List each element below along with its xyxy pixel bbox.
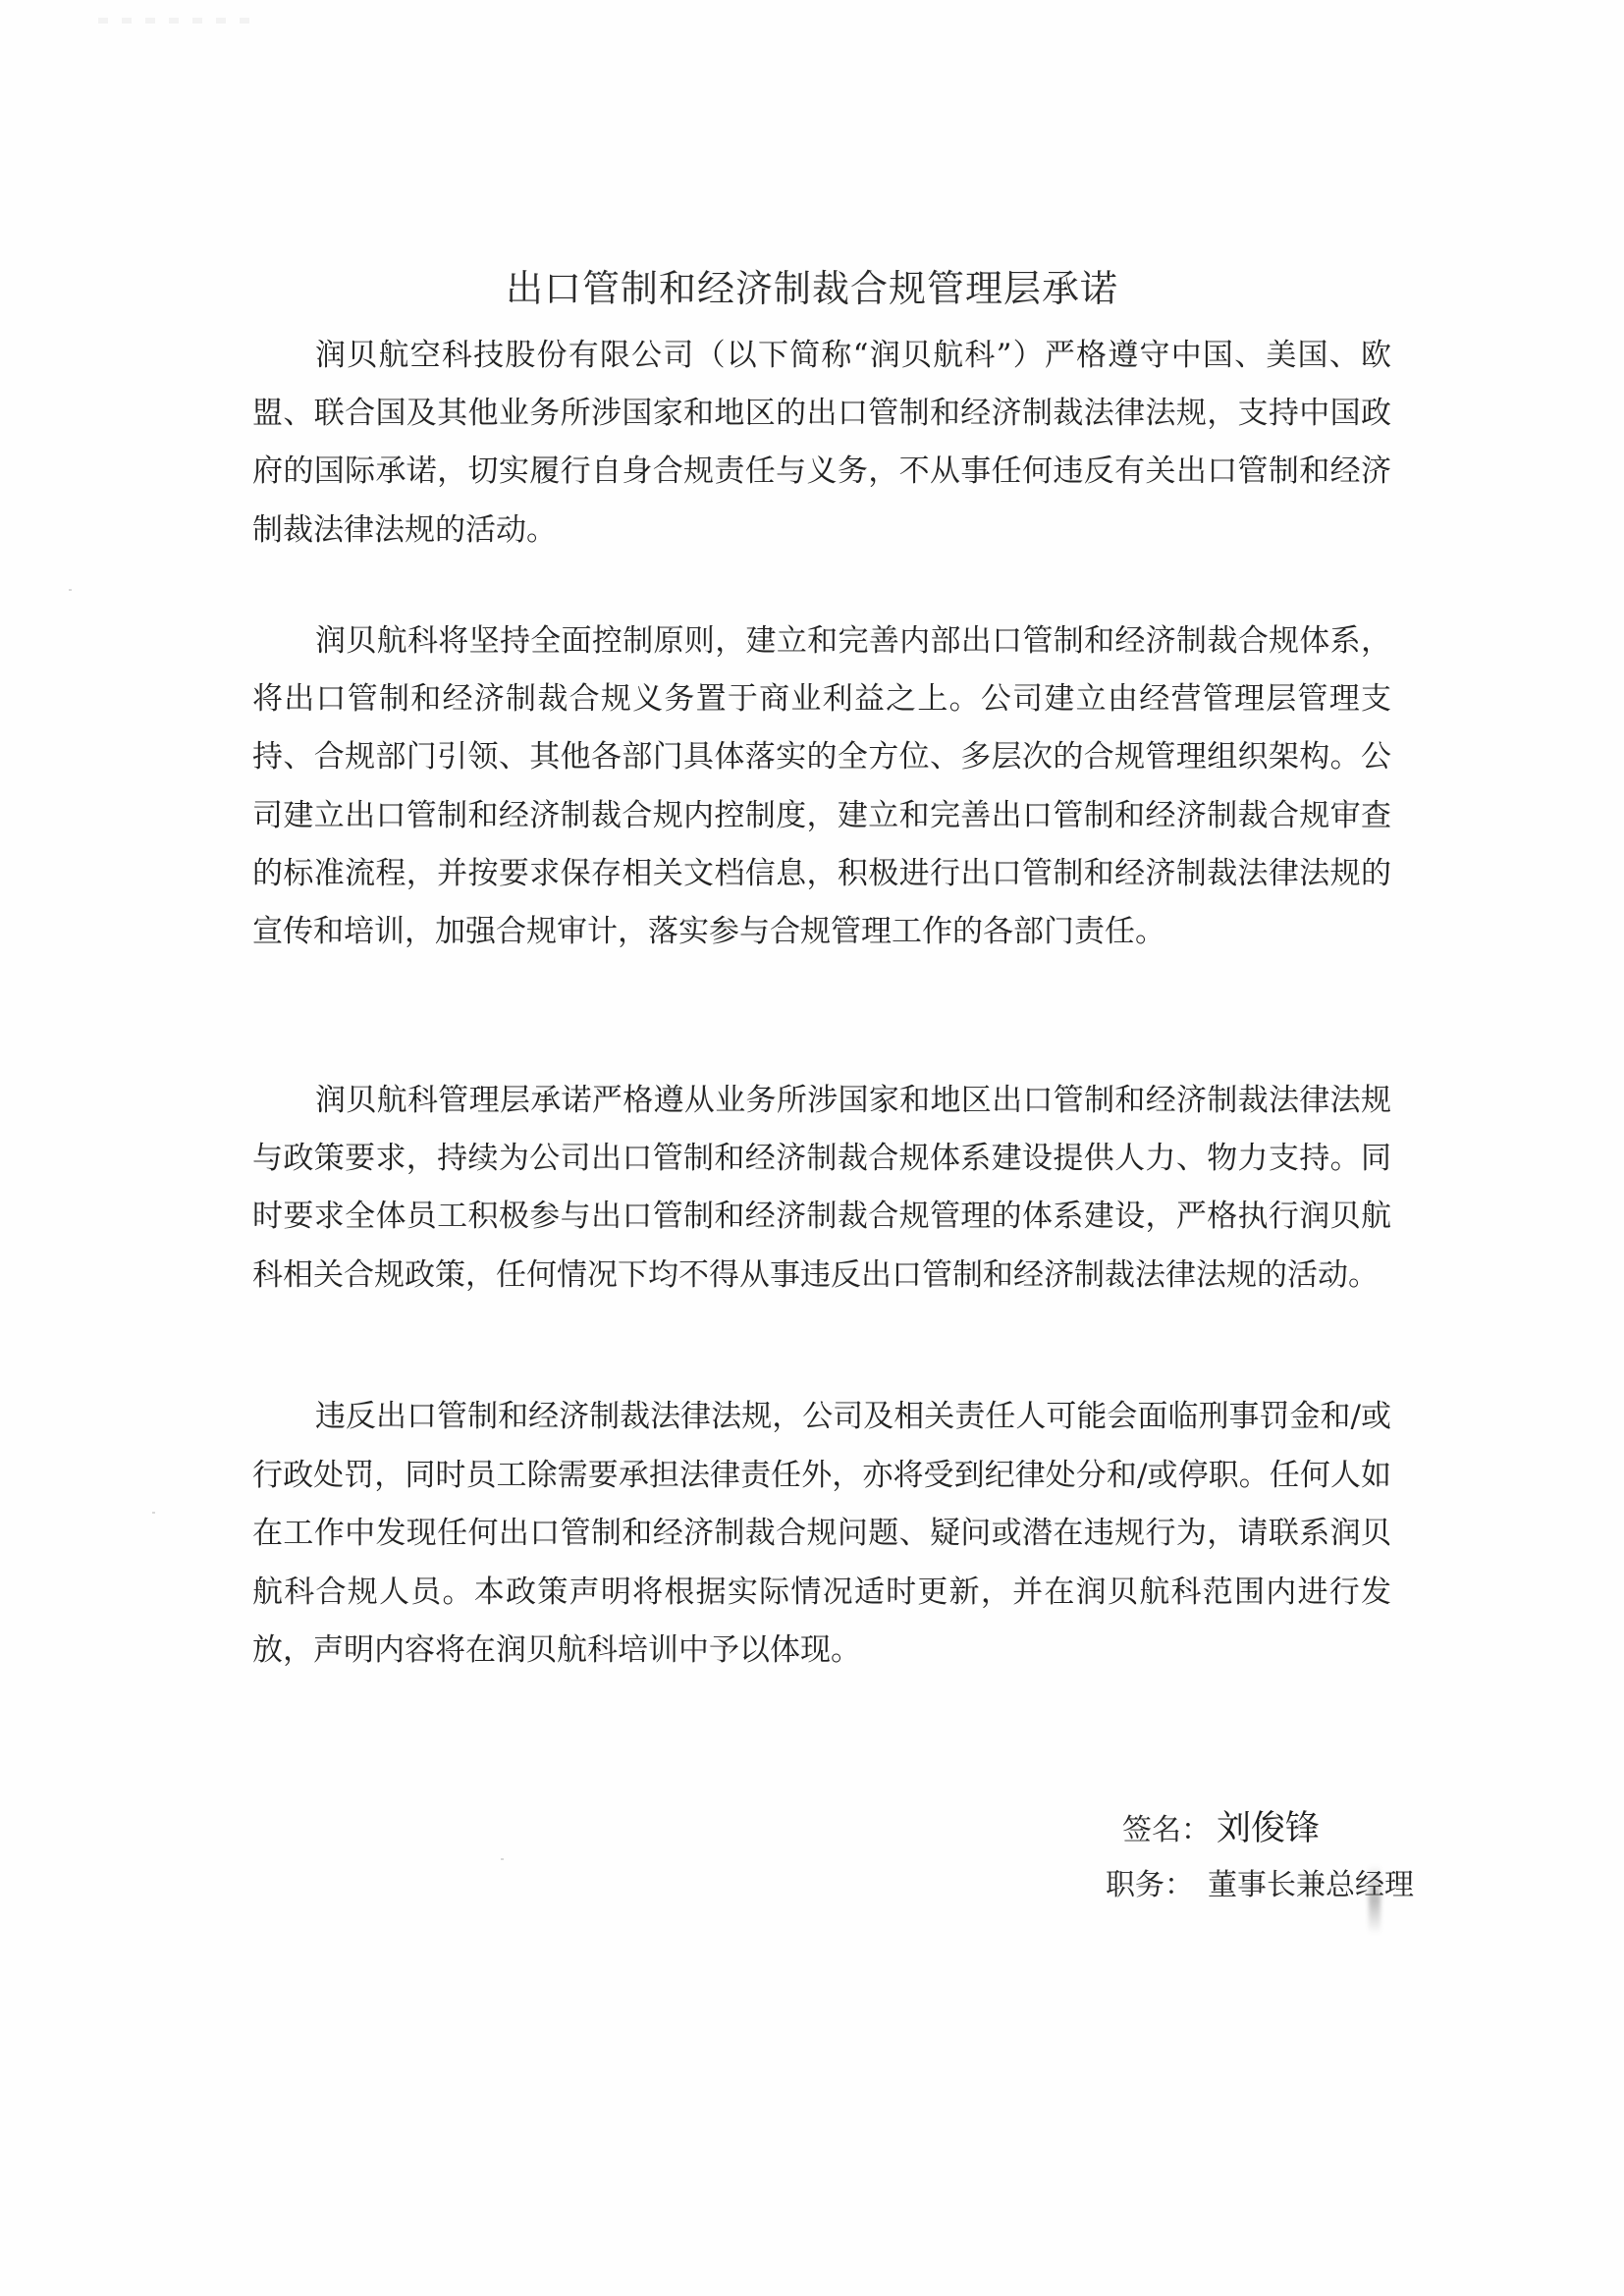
document-title: 出口管制和经济制裁合规管理层承诺	[0, 258, 1624, 312]
scan-mark	[240, 18, 249, 24]
scan-mark	[122, 18, 132, 24]
scan-speck	[69, 589, 72, 591]
signature-position-value: 董事长兼总经理	[1208, 1860, 1414, 1903]
signature-block: 签名： 刘俊锋 职务： 董事长兼总经理	[1060, 1801, 1414, 1915]
scan-speck	[152, 1512, 155, 1514]
scan-mark	[169, 18, 179, 24]
paragraph-text: 润贝航科管理层承诺严格遵从业务所涉国家和地区出口管制和经济制裁法律法规与政策要求…	[252, 1072, 1391, 1305]
document-page: 出口管制和经济制裁合规管理层承诺 润贝航空科技股份有限公司（以下简称“润贝航科”…	[0, 0, 1624, 2296]
scan-mark	[192, 18, 202, 24]
scan-mark	[216, 18, 226, 24]
signature-name-value: 刘俊锋	[1217, 1801, 1320, 1850]
paragraph-text: 润贝航科将坚持全面控制原则，建立和完善内部出口管制和经济制裁合规体系，将出口管制…	[252, 613, 1391, 961]
scan-speck	[501, 1858, 504, 1860]
paragraph-1: 润贝航空科技股份有限公司（以下简称“润贝航科”）严格遵守中国、美国、欧盟、联合国…	[252, 327, 1391, 560]
paragraph-text: 违反出口管制和经济制裁法律法规，公司及相关责任人可能会面临刑事罚金和/或行政处罚…	[252, 1388, 1391, 1681]
signature-name-line: 签名： 刘俊锋	[1060, 1801, 1414, 1860]
paragraph-4: 违反出口管制和经济制裁法律法规，公司及相关责任人可能会面临刑事罚金和/或行政处罚…	[252, 1388, 1391, 1681]
signature-name-label: 签名：	[1122, 1805, 1211, 1848]
scan-mark	[145, 18, 155, 24]
paragraph-2: 润贝航科将坚持全面控制原则，建立和完善内部出口管制和经济制裁合规体系，将出口管制…	[252, 613, 1391, 961]
paragraph-text: 润贝航空科技股份有限公司（以下简称“润贝航科”）严格遵守中国、美国、欧盟、联合国…	[252, 327, 1391, 560]
scan-mark	[98, 18, 108, 24]
paragraph-3: 润贝航科管理层承诺严格遵从业务所涉国家和地区出口管制和经济制裁法律法规与政策要求…	[252, 1072, 1391, 1305]
scan-artifact-marks	[98, 18, 324, 26]
scan-smudge	[1369, 1865, 1380, 1934]
signature-position-line: 职务： 董事长兼总经理	[1060, 1860, 1414, 1915]
signature-position-label: 职务：	[1106, 1860, 1194, 1903]
